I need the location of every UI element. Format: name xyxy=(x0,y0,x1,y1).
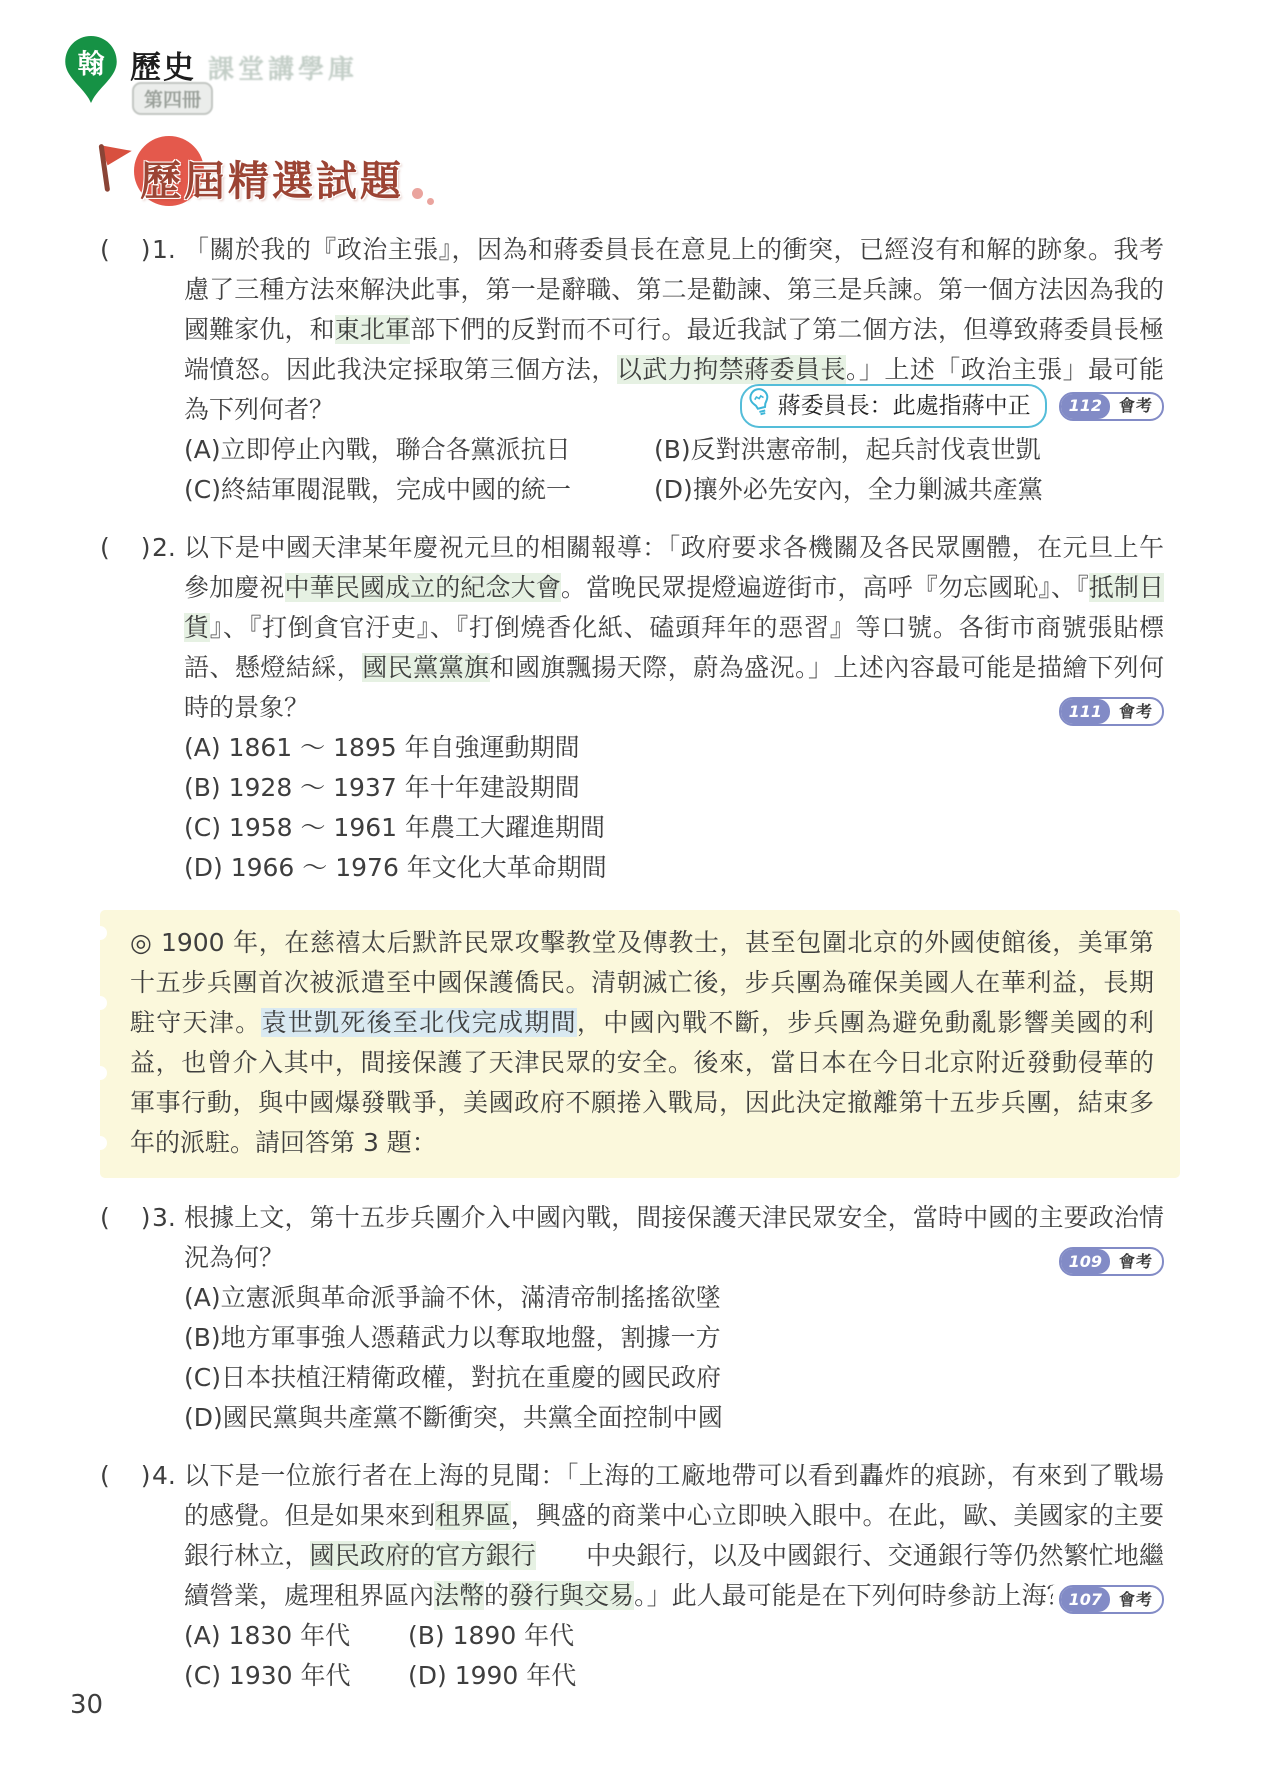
option: (B) 1890 年代 xyxy=(408,1616,1164,1656)
question-row: ( )1.「關於我的『政治主張』，因為和蔣委員長在意見上的衝突，已經沒有和解的跡… xyxy=(100,230,1164,510)
question-main: 以下是中國天津某年慶祝元旦的相關報導：「政府要求各機關及各民眾團體，在元旦上午參… xyxy=(184,528,1164,888)
exam-year-badge: 112會考 xyxy=(1059,392,1164,421)
option: (D)攘外必先安內，全力剿滅共產黨 xyxy=(654,470,1164,510)
question-main: 「關於我的『政治主張』，因為和蔣委員長在意見上的衝突，已經沒有和解的跡象。我考慮… xyxy=(184,230,1164,510)
option: (C)日本扶植汪精衛政權，對抗在重慶的國民政府 xyxy=(184,1358,1164,1398)
volume-badge: 第四冊 xyxy=(132,82,213,115)
option: (C) 1958 ～ 1961 年農工大躍進期間 xyxy=(184,808,1164,848)
highlighted-text: 以武力拘禁蔣委員長 xyxy=(617,355,846,384)
option: (C)終結軍閥混戰，完成中國的統一 xyxy=(184,470,654,510)
exam-badge-number: 107 xyxy=(1061,1587,1110,1612)
answer-blank: ( ) xyxy=(100,528,152,888)
option-row: (A) 1830 年代(B) 1890 年代 xyxy=(184,1616,1164,1656)
options-list: (A) 1861 ～ 1895 年自強運動期間(B) 1928 ～ 1937 年… xyxy=(184,728,1164,888)
question-body: 以下是一位旅行者在上海的見聞：「上海的工廠地帶可以看到轟炸的痕跡，有來到了戰場的… xyxy=(184,1456,1164,1616)
option-row: (D) 1966 ～ 1976 年文化大革命期間 xyxy=(184,848,1164,888)
option: (D) 1990 年代 xyxy=(408,1656,1164,1696)
question-body: 以下是中國天津某年慶祝元旦的相關報導：「政府要求各機關及各民眾團體，在元旦上午參… xyxy=(184,528,1164,728)
option: (C) 1930 年代 xyxy=(184,1656,408,1696)
section-banner: 歷屆精選試題 xyxy=(100,138,1276,210)
question-meta: 蔣委員長：此處指蔣中正112會考 xyxy=(734,384,1164,428)
flag-icon xyxy=(92,135,144,201)
publisher-pin-icon: 翰 xyxy=(62,34,120,108)
publisher-logo: 翰 歷史 課堂講學庫 第四冊 xyxy=(62,34,1276,122)
option: (A)立即停止內戰，聯合各黨派抗日 xyxy=(184,430,654,470)
option: (D) 1966 ～ 1976 年文化大革命期間 xyxy=(184,848,1164,888)
question-number: 1. xyxy=(152,230,184,510)
exam-year-badge: 109會考 xyxy=(1059,1247,1164,1276)
option: (A) 1861 ～ 1895 年自強運動期間 xyxy=(184,728,1164,768)
highlighted-text: 國民政府的官方銀行 xyxy=(310,1541,536,1570)
passage-edge-dot xyxy=(93,1066,107,1080)
section-title: 歷屆精選試題 xyxy=(140,148,404,207)
question-body: 根據上文，第十五步兵團介入中國內戰，間接保護天津民眾安全，當時中國的主要政治情況… xyxy=(184,1198,1164,1278)
text-run: 根據上文，第十五步兵團介入中國內戰，間接保護天津民眾安全，當時中國的主要政治情況… xyxy=(184,1203,1164,1272)
option-row: (A)立即停止內戰，聯合各黨派抗日(B)反對洪憲帝制，起兵討伐袁世凱 xyxy=(184,430,1164,470)
option: (B)反對洪憲帝制，起兵討伐袁世凱 xyxy=(654,430,1164,470)
option-row: (A)立憲派與革命派爭論不休，滿清帝制搖搖欲墜 xyxy=(184,1278,1164,1318)
highlighted-text: 法幣 xyxy=(434,1581,484,1610)
page-number: 30 xyxy=(70,1690,103,1720)
exam-badge-label: 會考 xyxy=(1110,1242,1162,1282)
highlighted-text: 中華民國成立的紀念大會 xyxy=(285,573,561,602)
text-run: 。」此人最可能是在下列何時參訪上海？ xyxy=(634,1581,1072,1610)
option-row: (C)日本扶植汪精衛政權，對抗在重慶的國民政府 xyxy=(184,1358,1164,1398)
option: (D)國民黨與共產黨不斷衝突，共黨全面控制中國 xyxy=(184,1398,1164,1438)
highlighted-text: 國民黨黨旗 xyxy=(362,653,489,682)
question-meta: 111會考 xyxy=(1053,697,1164,726)
question-main: 以下是一位旅行者在上海的見聞：「上海的工廠地帶可以看到轟炸的痕跡，有來到了戰場的… xyxy=(184,1456,1164,1696)
question-row: ( )4.以下是一位旅行者在上海的見聞：「上海的工廠地帶可以看到轟炸的痕跡，有來… xyxy=(100,1456,1164,1696)
question-meta: 109會考 xyxy=(1053,1247,1164,1276)
publisher-pin-character: 翰 xyxy=(78,49,105,80)
option: (A) 1830 年代 xyxy=(184,1616,408,1656)
highlighted-text: 發行與交易 xyxy=(509,1581,634,1610)
question-list-bottom: ( )3.根據上文，第十五步兵團介入中國內戰，間接保護天津民眾安全，當時中國的主… xyxy=(0,1198,1276,1696)
question-number: 2. xyxy=(152,528,184,888)
passage-box: ◎ 1900 年，在慈禧太后默許民眾攻擊教堂及傳教士，甚至包圍北京的外國使館後，… xyxy=(100,910,1180,1178)
series-title: 課堂講學庫 xyxy=(208,49,358,86)
exam-badge-label: 會考 xyxy=(1110,386,1162,426)
answer-blank: ( ) xyxy=(100,1198,152,1438)
passage-edge-dot xyxy=(93,926,107,940)
highlighted-text: 租界區 xyxy=(435,1501,510,1530)
subject-title: 歷史 xyxy=(130,42,196,87)
option-row: (B) 1928 ～ 1937 年十年建設期間 xyxy=(184,768,1164,808)
lightbulb-icon xyxy=(747,387,773,425)
option-row: (B)地方軍事強人憑藉武力以奪取地盤，割據一方 xyxy=(184,1318,1164,1358)
question-main: 根據上文，第十五步兵團介入中國內戰，間接保護天津民眾安全，當時中國的主要政治情況… xyxy=(184,1198,1164,1438)
highlighted-text: 東北軍 xyxy=(335,315,410,344)
question-body: 「關於我的『政治主張』，因為和蔣委員長在意見上的衝突，已經沒有和解的跡象。我考慮… xyxy=(184,230,1164,430)
answer-blank: ( ) xyxy=(100,230,152,510)
tip-bubble: 蔣委員長：此處指蔣中正 xyxy=(740,384,1047,428)
answer-blank: ( ) xyxy=(100,1456,152,1696)
exam-year-badge: 107會考 xyxy=(1059,1585,1164,1614)
exam-badge-label: 會考 xyxy=(1110,692,1162,732)
passage-edge-dot xyxy=(93,1136,107,1150)
question-list-top: ( )1.「關於我的『政治主張』，因為和蔣委員長在意見上的衝突，已經沒有和解的跡… xyxy=(0,230,1276,888)
question-row: ( )3.根據上文，第十五步兵團介入中國內戰，間接保護天津民眾安全，當時中國的主… xyxy=(100,1198,1164,1438)
option: (B) 1928 ～ 1937 年十年建設期間 xyxy=(184,768,1164,808)
exam-badge-label: 會考 xyxy=(1110,1580,1162,1620)
option-row: (C)終結軍閥混戰，完成中國的統一(D)攘外必先安內，全力剿滅共產黨 xyxy=(184,470,1164,510)
options-list: (A)立憲派與革命派爭論不休，滿清帝制搖搖欲墜(B)地方軍事強人憑藉武力以奪取地… xyxy=(184,1278,1164,1438)
question-row: ( )2.以下是中國天津某年慶祝元旦的相關報導：「政府要求各機關及各民眾團體，在… xyxy=(100,528,1164,888)
option-row: (C) 1930 年代(D) 1990 年代 xyxy=(184,1656,1164,1696)
banner-dot-decor xyxy=(427,198,434,205)
exam-badge-number: 112 xyxy=(1061,394,1110,419)
option-row: (D)國民黨與共產黨不斷衝突，共黨全面控制中國 xyxy=(184,1398,1164,1438)
options-list: (A)立即停止內戰，聯合各黨派抗日(B)反對洪憲帝制，起兵討伐袁世凱(C)終結軍… xyxy=(184,430,1164,510)
exam-year-badge: 111會考 xyxy=(1059,697,1164,726)
question-number: 4. xyxy=(152,1456,184,1696)
tip-bubble-text: 蔣委員長：此處指蔣中正 xyxy=(778,391,1031,421)
banner-dot-decor xyxy=(412,188,423,199)
highlighted-text: 袁世凱死後至北伐完成期間 xyxy=(261,1008,576,1037)
question-meta: 107會考 xyxy=(1053,1585,1164,1614)
option: (B)地方軍事強人憑藉武力以奪取地盤，割據一方 xyxy=(184,1318,1164,1358)
passage-text: ◎ 1900 年，在慈禧太后默許民眾攻擊教堂及傳教士，甚至包圍北京的外國使館後，… xyxy=(130,923,1154,1163)
options-list: (A) 1830 年代(B) 1890 年代(C) 1930 年代(D) 199… xyxy=(184,1616,1164,1696)
exam-badge-number: 109 xyxy=(1061,1249,1110,1274)
text-run: 。當晚民眾提燈遍遊街市，高呼『勿忘國恥』、『 xyxy=(561,573,1089,602)
option-row: (C) 1958 ～ 1961 年農工大躍進期間 xyxy=(184,808,1164,848)
option-row: (A) 1861 ～ 1895 年自強運動期間 xyxy=(184,728,1164,768)
option: (A)立憲派與革命派爭論不休，滿清帝制搖搖欲墜 xyxy=(184,1278,1164,1318)
exam-badge-number: 111 xyxy=(1061,699,1110,724)
question-number: 3. xyxy=(152,1198,184,1438)
passage-edge-dot xyxy=(93,996,107,1010)
text-run: 的 xyxy=(484,1581,509,1610)
